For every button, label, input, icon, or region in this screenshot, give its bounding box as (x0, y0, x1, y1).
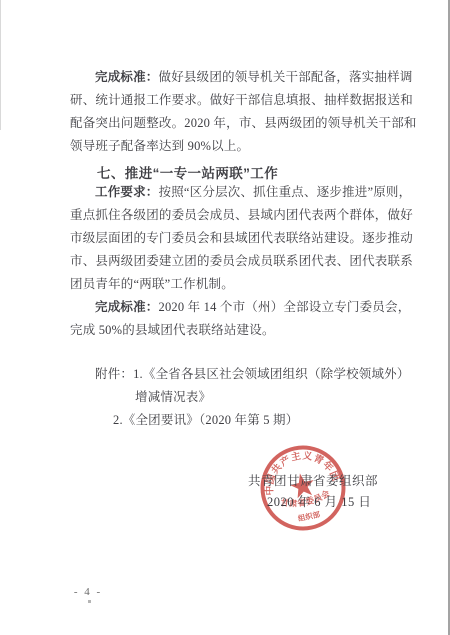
text-line: 2.《全团要讯》（2020 年第 5 期） (113, 409, 298, 432)
text-segment: 重点抓住各级团的委员会成员、县域内团代表两个群体，做好 (70, 208, 413, 222)
text-segment: 研、统计通报工作要求。做好干部信息填报、抽样数据报送和 (70, 93, 413, 107)
text-segment: 市级层面团的专门委员会和县域团代表联络站建设。逐步推动 (70, 231, 413, 245)
text-line: 完成 50%的县域团代表联络站建设。 (70, 319, 275, 342)
text-segment: 配备突出问题整改。2020 年，市、县两级团的领导机关干部和 (70, 116, 417, 130)
text-line: 团员青年的“两联”工作机制。 (70, 273, 234, 296)
text-line: 领导班子配备率达到 90%以上。 (70, 135, 249, 158)
text-line: 市、县两级团委建立团的委员会成员联系团代表、团代表联系 (70, 250, 413, 273)
page-number: - 4 - (62, 586, 114, 598)
text-line: 重点抓住各级团的委员会成员、县域内团代表两个群体，做好 (70, 204, 413, 227)
text-segment: 2.《全团要讯》（2020 年第 5 期） (113, 413, 298, 427)
text-segment: 附件：1.《全省各县区社会领域团组织（除学校领域外） (95, 367, 410, 381)
signature-org: 共青团甘肃省委组织部 (248, 470, 378, 493)
text-line: 工作要求：按照“区分层次、抓住重点、逐步推进”原则， (95, 181, 411, 204)
text-segment: 完成标准： (95, 300, 159, 314)
text-segment: 按照“区分层次、抓住重点、逐步推进”原则， (159, 185, 412, 199)
text-segment: 七、推进“一专一站两联”工作 (97, 166, 278, 181)
text-line: 附件：1.《全省各县区社会领域团组织（除学校领域外） (95, 363, 410, 386)
signature-date: 2020 年 6 月 15 日 (267, 491, 371, 514)
text-segment: 完成标准： (95, 70, 159, 84)
document-page: 完成标准：做好县级团的领导机关干部配备，落实抽样调研、统计通报工作要求。做好干部… (0, 0, 450, 635)
document-body: 完成标准：做好县级团的领导机关干部配备，落实抽样调研、统计通报工作要求。做好干部… (0, 0, 450, 635)
text-line: 完成标准：做好县级团的领导机关干部配备，落实抽样调 (95, 66, 413, 89)
text-line: 配备突出问题整改。2020 年，市、县两级团的领导机关干部和 (70, 112, 417, 135)
text-line: 研、统计通报工作要求。做好干部信息填报、抽样数据报送和 (70, 89, 413, 112)
text-line: 增减情况表》 (135, 386, 211, 409)
text-segment: 2020 年 14 个市（州）全部设立专门委员会， (159, 300, 411, 314)
text-line: 市级层面团的专门委员会和县域团代表联络站建设。逐步推动 (70, 227, 413, 250)
text-segment: 团员青年的“两联”工作机制。 (70, 277, 234, 291)
text-segment: 增减情况表》 (135, 390, 211, 404)
text-segment: 工作要求： (95, 185, 159, 199)
text-segment: 做好县级团的领导机关干部配备，落实抽样调 (159, 70, 413, 84)
text-segment: 完成 50%的县域团代表联络站建设。 (70, 323, 275, 337)
text-segment: 领导班子配备率达到 90%以上。 (70, 139, 249, 153)
text-segment: 市、县两级团委建立团的委员会成员联系团代表、团代表联系 (70, 254, 413, 268)
text-line: 完成标准：2020 年 14 个市（州）全部设立专门委员会， (95, 296, 410, 319)
